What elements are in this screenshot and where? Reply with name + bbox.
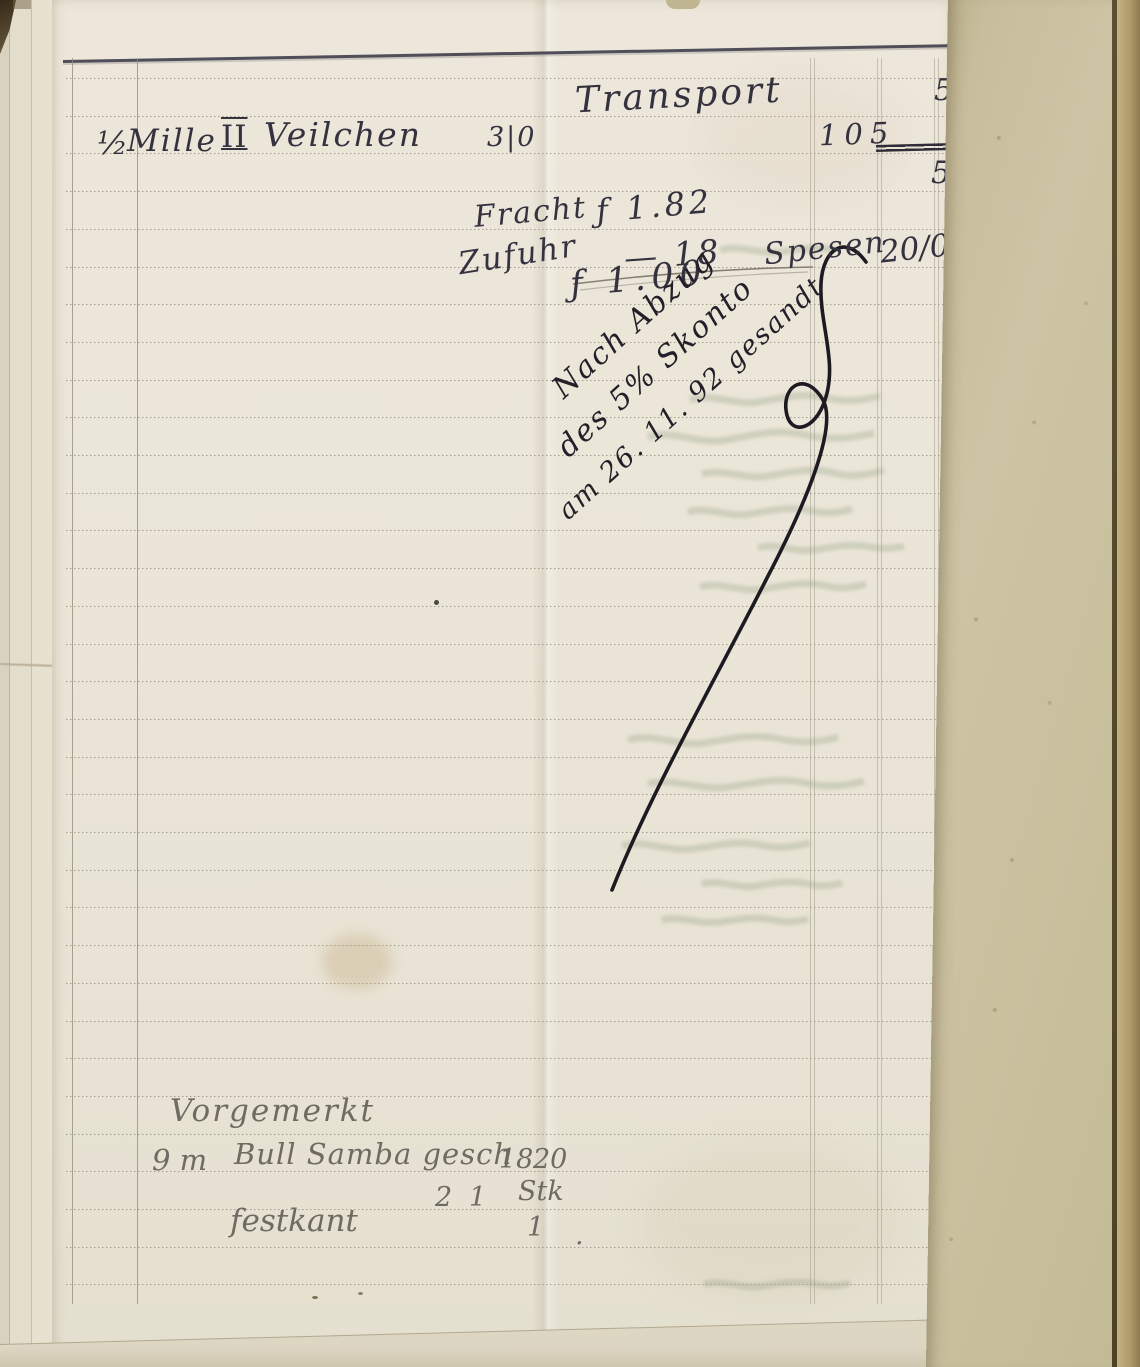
column-rule [137,58,138,1304]
page-edge-crease [31,0,32,1367]
page-edge-crease [9,0,10,1367]
ruled-line [66,1058,954,1059]
ink-dot [434,600,439,605]
memo-row3-col2: 1 [527,1214,544,1241]
ruled-line [66,681,954,682]
ruled-line [66,1134,954,1135]
ruled-line [66,719,954,720]
ruled-line [66,380,954,381]
ruled-line [66,757,954,758]
ruled-line [66,983,954,984]
ruled-line [66,794,954,795]
paper-mark [312,1296,318,1299]
paper-mark [358,1292,363,1295]
memo-row2-col1: 2 [435,1184,452,1211]
paper-stain [640,1140,900,1300]
ruled-line [66,342,954,343]
memo-row3-dot: . [575,1222,584,1249]
memo-title: Vorgemerkt [170,1096,375,1127]
scanned-ledger-page: Transport 5 ½ Mille II Veilchen 3|0 105 … [0,0,1140,1367]
fracht-value: ƒ 1.82 [595,185,715,227]
ruled-line [66,530,954,531]
memo-row2-unit: Stk [518,1178,564,1205]
ruled-line [66,644,954,645]
entry-item: Veilchen [264,118,422,151]
paper-stain [322,934,392,989]
ruled-line [66,78,954,79]
ruled-line [66,870,954,871]
column-rule [72,58,73,1304]
next-page-paper [926,0,1140,1367]
page-corner-notch [13,0,31,9]
entry-quantity: ½ [97,127,128,159]
memo-row1-col1: 18 [499,1146,533,1173]
paper-tear-notch [666,0,700,9]
memo-row3-text: festkant [230,1206,358,1237]
entry-unit: Mille [127,126,217,157]
ruled-line [66,493,954,494]
ruled-line [66,832,954,833]
memo-row1-text: Bull Samba gesch [234,1140,513,1169]
memo-row2-col2: 1 [469,1184,486,1211]
memo-row1-qty: 9 m [152,1146,207,1175]
ruled-line [66,568,954,569]
ruled-line [66,945,954,946]
entry-grade: II [221,122,248,153]
ruled-line [66,1021,954,1022]
entry-price: 3|0 [487,124,536,151]
ruled-line [66,907,954,908]
spesen-value: 20/0 [879,230,951,268]
memo-row1-col2: 20 [533,1146,567,1173]
ruled-line [66,606,954,607]
book-cover-edge [1117,0,1140,1367]
